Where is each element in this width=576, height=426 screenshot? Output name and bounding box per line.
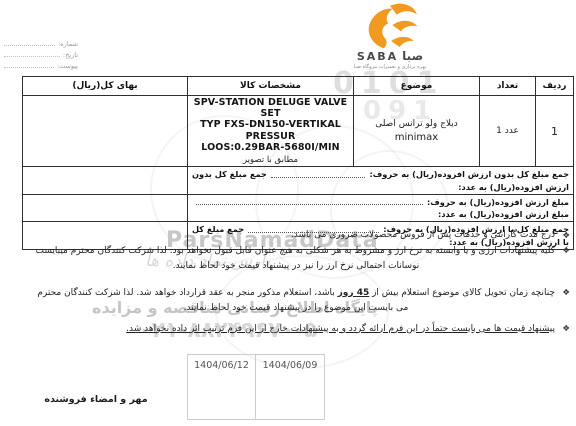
header-subject: موضوع bbox=[354, 77, 480, 96]
header-total-price: بهای کل(ریال) bbox=[23, 77, 188, 96]
vat-digits-label: مبلغ ارزش افزوده(ریال) به عدد: bbox=[192, 209, 569, 219]
empty-price-cell bbox=[23, 194, 188, 222]
list-item: ❖ پیشنهاد قیمت ها می بایست حتماً در این … bbox=[22, 323, 570, 337]
note-form-required: پیشنهاد قیمت ها می بایست حتماً در این فر… bbox=[22, 323, 555, 337]
spec-line: SPV-STATION DELUGE VALVE SET bbox=[191, 97, 350, 119]
diamond-bullet-icon: ❖ bbox=[560, 229, 570, 243]
company-logo: SABA صبا بهره برداری و تعمیرات نیروگاه ص… bbox=[322, 2, 458, 70]
items-table: ردیف تعداد موضوع مشخصات کالا بهای کل(ریا… bbox=[22, 76, 574, 250]
saba-flame-icon bbox=[322, 2, 458, 52]
issue-date-cell: 1404/06/09 bbox=[256, 354, 325, 420]
letterhead-meta: شماره: تاریخ: پیوست: bbox=[4, 37, 78, 70]
wordmark-latin: SABA bbox=[357, 50, 398, 63]
item-subject-fa: دیلاج ولو ترانس اصلی bbox=[357, 118, 476, 132]
list-item: ❖ کلیه پیشنهادات ارزی و یا وابسته به نرخ… bbox=[22, 245, 570, 259]
dotted-leader bbox=[4, 56, 60, 57]
item-subject: دیلاج ولو ترانس اصلی minimax bbox=[354, 96, 480, 167]
meta-number-label: شماره: bbox=[58, 40, 78, 48]
dotted-fill-line bbox=[271, 177, 366, 178]
note-delivery-days: 45 روز bbox=[338, 288, 370, 298]
company-wordmark: SABA صبا bbox=[322, 49, 458, 63]
total-without-vat-tail: جمع مبلغ کل بدون bbox=[192, 169, 267, 180]
total-without-vat-cell: جمع مبلغ کل بدون ارزش افزوده(ریال) به حر… bbox=[188, 167, 574, 195]
meta-attachment-label: پیوست: bbox=[57, 62, 78, 70]
document-content: شماره: تاریخ: پیوست: bbox=[0, 0, 576, 426]
dotted-leader bbox=[4, 67, 54, 68]
meta-date-field: تاریخ: bbox=[4, 48, 78, 59]
item-row-number: 1 bbox=[536, 96, 574, 167]
company-tagline: بهره برداری و تعمیرات نیروگاه صبا bbox=[322, 64, 458, 70]
seller-signature-label: مهر و امضاء فروشنده bbox=[38, 394, 154, 405]
total-without-vat-digits-label: ارزش افزوده(ریال) به عدد: bbox=[192, 182, 569, 192]
table-header-row: ردیف تعداد موضوع مشخصات کالا بهای کل(ریا… bbox=[23, 77, 574, 96]
note-delivery-line2: می بایست این موضوع را در پیشنهاد قیمت خو… bbox=[22, 302, 570, 316]
header-row-number: ردیف bbox=[536, 77, 574, 96]
meta-date-label: تاریخ: bbox=[63, 51, 78, 59]
dotted-fill-line bbox=[196, 204, 423, 205]
note-currency-line2: نوسانات احتمالی نرخ ارز را نیز در پیشنها… bbox=[22, 260, 570, 274]
list-item: ❖ چنانچه زمان تحویل کالای موضوع استعلام … bbox=[22, 287, 570, 301]
item-total-price-cell bbox=[23, 96, 188, 167]
total-without-vat-row: جمع مبلغ کل بدون ارزش افزوده(ریال) به حر… bbox=[23, 167, 574, 195]
dates-table: 1404/06/12 1404/06/09 bbox=[187, 354, 325, 420]
meta-number-field: شماره: bbox=[4, 37, 78, 48]
meta-attachment-field: پیوست: bbox=[4, 59, 78, 70]
vat-words-label: مبلغ ارزش افزوده(ریال) به حروف: bbox=[427, 197, 569, 208]
item-quantity: 1 عدد bbox=[480, 96, 536, 167]
diamond-bullet-icon: ❖ bbox=[560, 323, 570, 337]
header-quantity: تعداد bbox=[480, 77, 536, 96]
wordmark-persian: صبا bbox=[402, 49, 423, 63]
item-subject-en: minimax bbox=[357, 132, 476, 144]
note-currency-line1: کلیه پیشنهادات ارزی و یا وابسته به نرخ ا… bbox=[22, 245, 555, 259]
diamond-bullet-icon: ❖ bbox=[560, 245, 570, 259]
total-without-vat-words-label: جمع مبلغ کل بدون ارزش افزوده(ریال) به حر… bbox=[369, 169, 569, 180]
note-delivery-line1: چنانچه زمان تحویل کالای موضوع استعلام بی… bbox=[22, 287, 555, 301]
note-delivery-post: باشد، استعلام مذکور منجر به عقد قرارداد … bbox=[37, 288, 337, 298]
vat-amount-cell: مبلغ ارزش افزوده(ریال) به حروف: مبلغ ارز… bbox=[188, 194, 574, 222]
deadline-date-cell: 1404/06/12 bbox=[187, 354, 256, 420]
dotted-leader bbox=[4, 45, 55, 46]
inquiry-form-document: 0101 091 ParsNamadData پارس نماد داده ها… bbox=[0, 0, 576, 426]
note-delivery-pre: چنانچه زمان تحویل کالای موضوع استعلام بی… bbox=[369, 288, 555, 298]
header-specs: مشخصات کالا bbox=[188, 77, 354, 96]
vat-amount-row: مبلغ ارزش افزوده(ریال) به حروف: مبلغ ارز… bbox=[23, 194, 574, 222]
note-warranty: درج مدت گارانتی و خدمات پس از فروش محصول… bbox=[22, 229, 555, 243]
empty-price-cell bbox=[23, 167, 188, 195]
spec-note: مطابق با تصویر bbox=[191, 155, 350, 165]
list-item: ❖ درج مدت گارانتی و خدمات پس از فروش محص… bbox=[22, 229, 570, 243]
conditions-list: ❖ درج مدت گارانتی و خدمات پس از فروش محص… bbox=[22, 229, 570, 338]
spec-line: LOOS:0.29BAR-5680I/MIN bbox=[191, 142, 350, 153]
item-specs: SPV-STATION DELUGE VALVE SET TYP FXS-DN1… bbox=[188, 96, 354, 167]
spec-line: TYP FXS-DN150-VERTIKAL PRESSUR bbox=[191, 119, 350, 141]
diamond-bullet-icon: ❖ bbox=[560, 287, 570, 301]
table-row: 1 1 عدد دیلاج ولو ترانس اصلی minimax SPV… bbox=[23, 96, 574, 167]
